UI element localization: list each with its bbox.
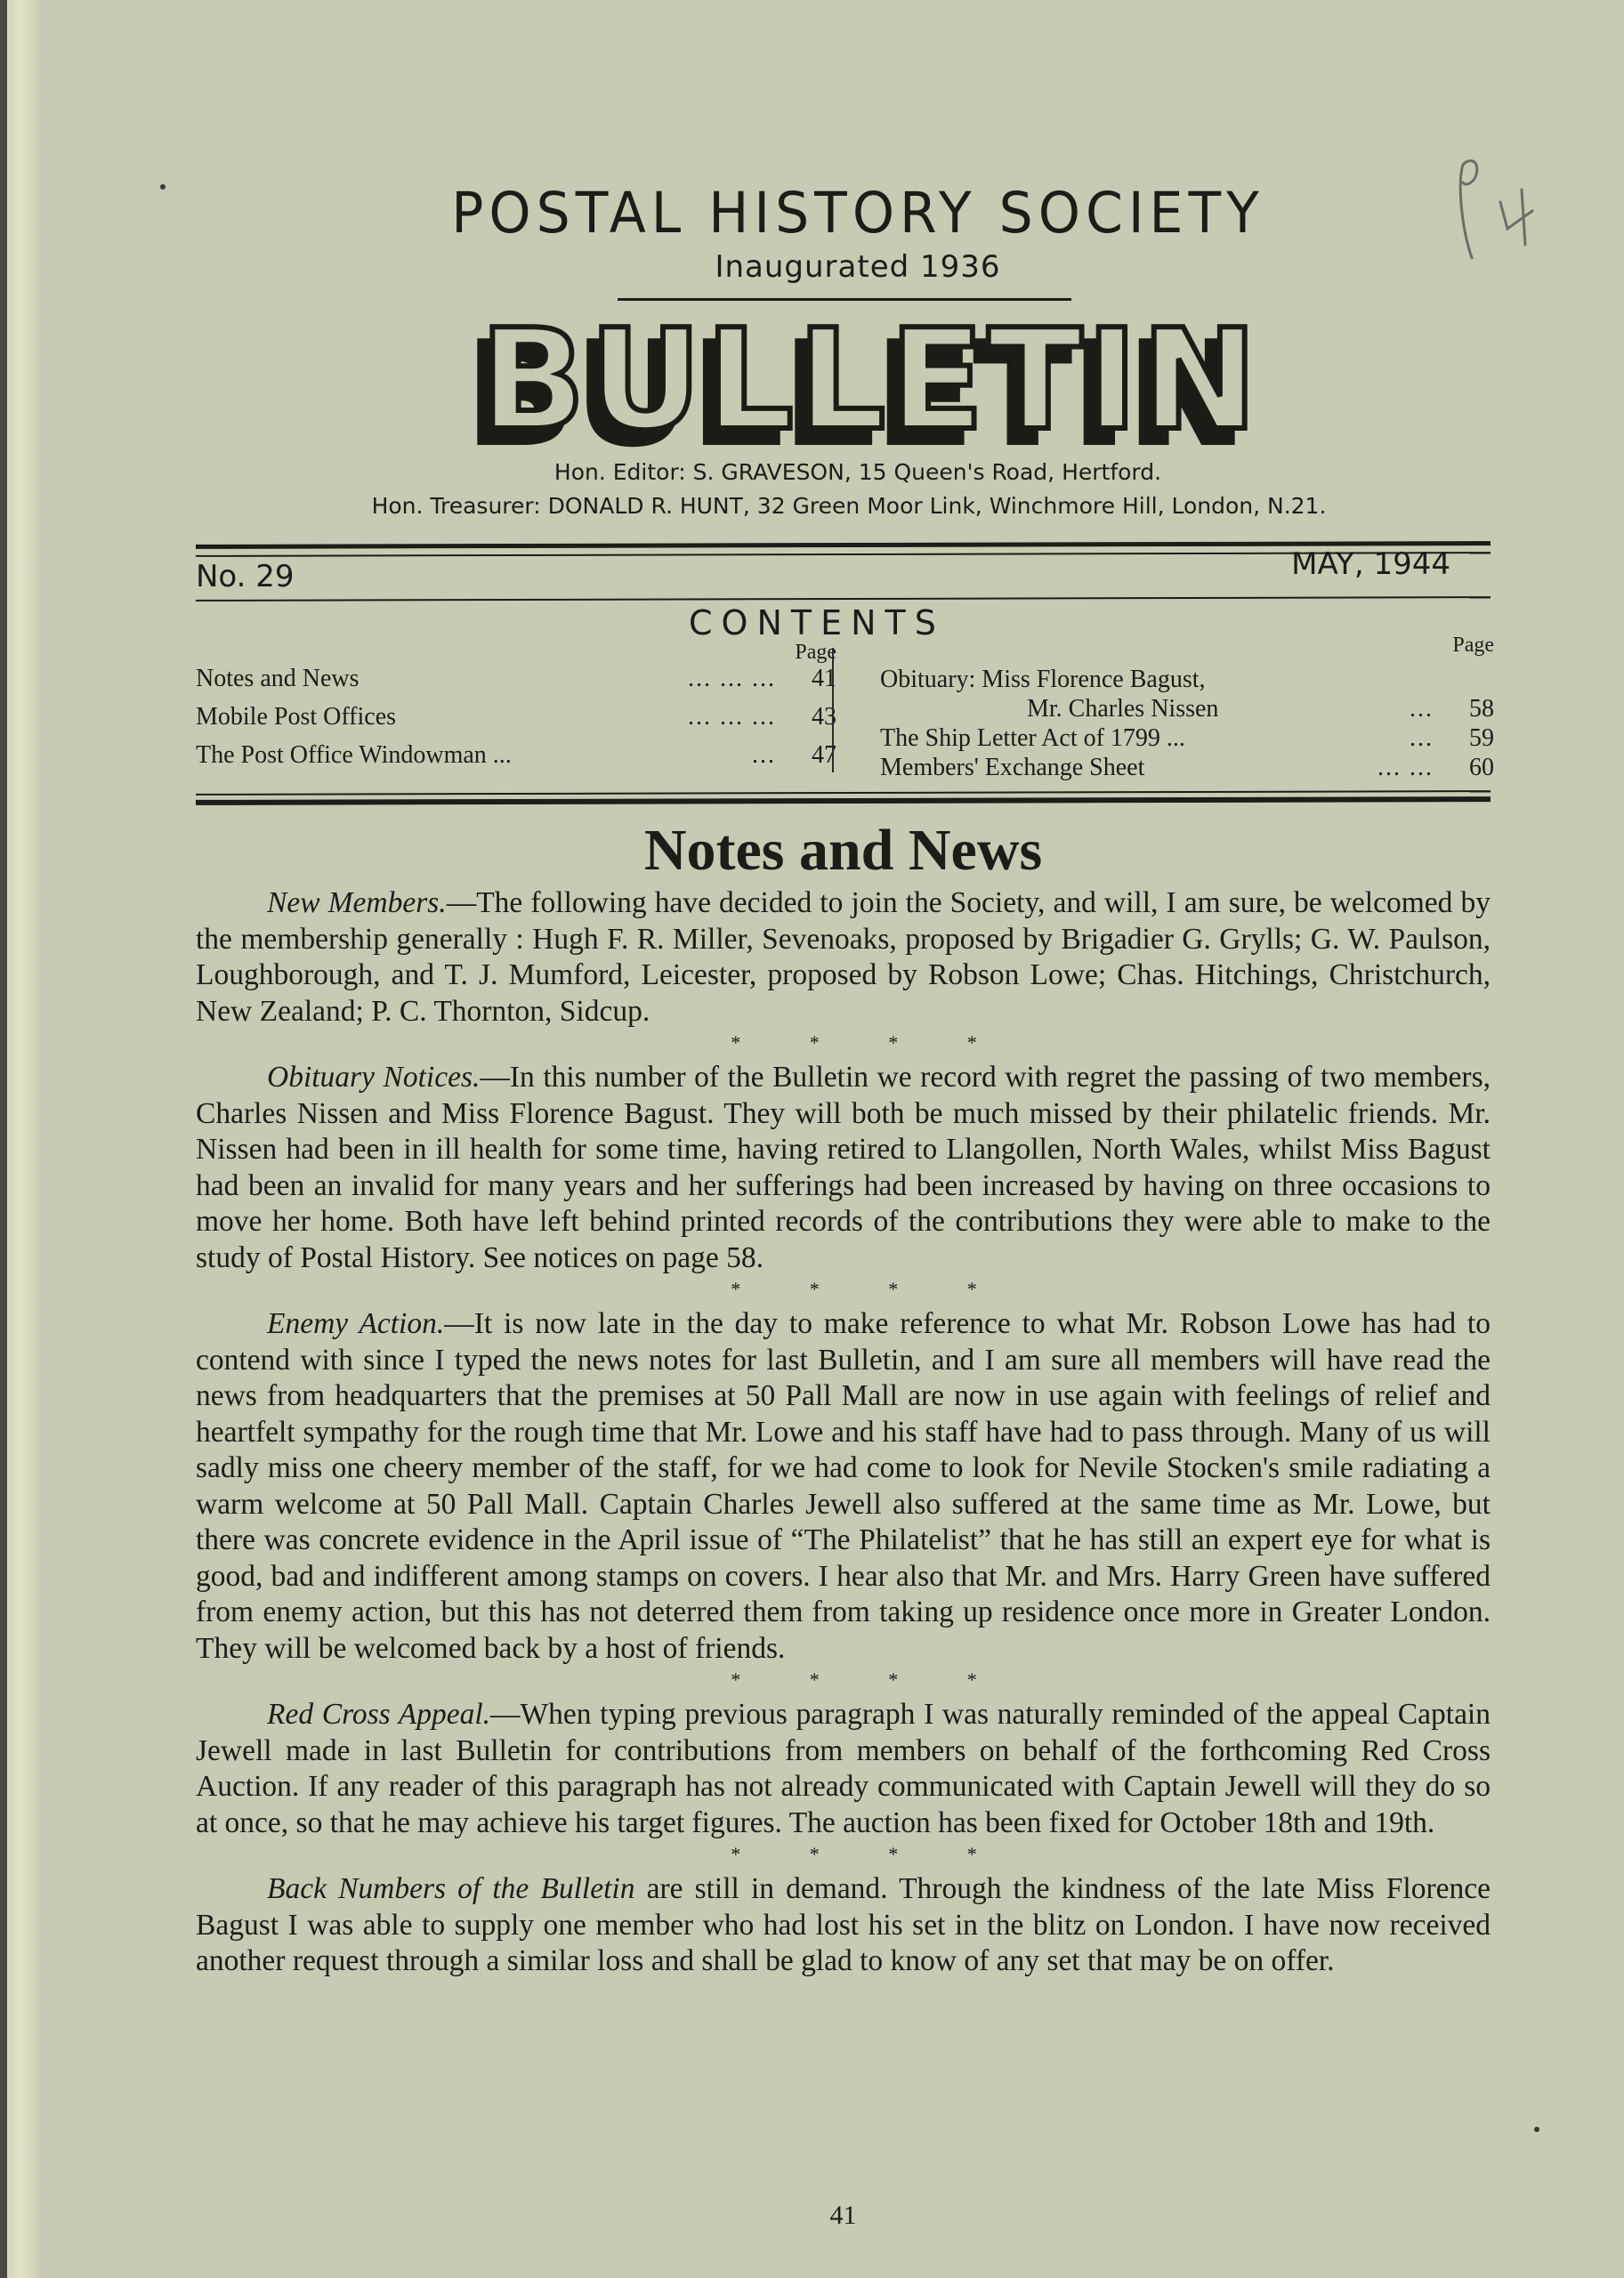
binding-margin [7, 0, 39, 2278]
toc-leader: ... ... ... [360, 665, 801, 693]
paragraph-back-numbers: Back Numbers of the Bulletin are still i… [196, 1871, 1491, 1980]
paper-speck [160, 184, 166, 190]
divider-rule [196, 596, 1491, 602]
editor-line: Hon. Editor: S. GRAVESON, 15 Queen's Roa… [368, 459, 1347, 485]
bulletin-page: POSTAL HISTORY SOCIETY Inaugurated 1936 … [39, 0, 1624, 2278]
toc-leader: ... ... ... [396, 703, 801, 731]
toc-entry[interactable]: Notes and News ... ... ... 41 [196, 665, 836, 703]
binding-edge [0, 0, 7, 2278]
article-title: Notes and News [196, 817, 1491, 885]
svg-text:BULLETIN: BULLETIN [480, 307, 1249, 458]
issue-number: No. 29 [196, 559, 295, 594]
toc-entry[interactable]: Mobile Post Offices ... ... ... 43 [196, 703, 836, 741]
society-name: POSTAL HISTORY SOCIETY [368, 181, 1347, 246]
toc-entry-title: Obituary: Miss Florence Bagust, [880, 666, 1206, 694]
toc-entry-title: The Post Office Windowman ... [196, 741, 512, 770]
page-column-label: Page [880, 634, 1494, 666]
section-separator: * * * * [249, 1841, 1491, 1868]
toc-entry-page: 47 [801, 741, 836, 770]
paragraph-lead: Obituary Notices. [267, 1061, 480, 1094]
bulletin-logo-icon: BULLETIN [466, 307, 1249, 458]
toc-entry-title: The Ship Letter Act of 1799 ... [880, 724, 1185, 753]
toc-leader: ... [1218, 695, 1458, 723]
paragraph-text: —It is now late in the day to make refer… [196, 1307, 1491, 1665]
contents-right-column: Page Obituary: Miss Florence Bagust, Mr.… [880, 634, 1494, 783]
toc-entry-page: 41 [801, 665, 836, 693]
paragraph-red-cross-appeal: Red Cross Appeal.—When typing previous p… [196, 1697, 1491, 1841]
issue-date: MAY, 1944 [1291, 546, 1450, 582]
contents-left-column: Page Notes and News ... ... ... 41 Mobil… [196, 641, 836, 780]
paragraph-lead: New Members. [267, 886, 447, 919]
section-separator: * * * * [249, 1030, 1491, 1056]
toc-entry[interactable]: Members' Exchange Sheet ... ... 60 [880, 754, 1494, 783]
toc-entry-title: Mr. Charles Nissen [880, 695, 1218, 723]
handwritten-annotation [1445, 147, 1543, 271]
toc-entry[interactable]: The Post Office Windowman ... ... 47 [196, 741, 836, 780]
toc-entry[interactable]: Obituary: Miss Florence Bagust, [880, 666, 1494, 695]
paragraph-lead: Back Numbers of the Bulletin [267, 1872, 634, 1905]
toc-leader: ... [1185, 724, 1458, 753]
toc-leader: ... [512, 741, 801, 770]
toc-entry-page: 58 [1458, 695, 1494, 723]
toc-leader: ... ... [1144, 754, 1458, 782]
paragraph-lead: Red Cross Appeal. [267, 1698, 490, 1731]
masthead-rule [618, 298, 1071, 301]
paragraph-enemy-action: Enemy Action.—It is now late in the day … [196, 1306, 1491, 1667]
toc-entry-title: Notes and News [196, 665, 360, 693]
toc-entry-page: 60 [1458, 754, 1494, 782]
toc-entry-page: 59 [1458, 724, 1494, 753]
bulletin-wordmark: BULLETIN [466, 307, 1249, 458]
toc-entry-title: Mobile Post Offices [196, 703, 396, 731]
toc-entry-title: Members' Exchange Sheet [880, 754, 1144, 782]
page-number: 41 [196, 2201, 1491, 2231]
paragraph-new-members: New Members.—The following have decided … [196, 885, 1491, 1030]
contents-column-divider [832, 648, 834, 772]
paragraph-lead: Enemy Action. [267, 1307, 444, 1340]
treasurer-line: Hon. Treasurer: DONALD R. HUNT, 32 Green… [217, 493, 1481, 519]
pencil-mark-icon [1445, 147, 1543, 271]
paragraph-obituary-notices: Obituary Notices.—In this number of the … [196, 1060, 1491, 1276]
toc-entry-page: 43 [801, 703, 836, 731]
divider-rule [196, 796, 1491, 805]
section-separator: * * * * [249, 1276, 1491, 1303]
toc-entry[interactable]: Mr. Charles Nissen ... 58 [880, 695, 1494, 724]
toc-entry[interactable]: The Ship Letter Act of 1799 ... ... 59 [880, 724, 1494, 754]
paper-speck [1534, 2127, 1539, 2132]
inaugurated-line: Inaugurated 1936 [368, 249, 1347, 285]
page-column-label: Page [196, 641, 836, 665]
section-separator: * * * * [249, 1667, 1491, 1693]
divider-rule [196, 790, 1491, 796]
article-body: New Members.—The following have decided … [196, 885, 1491, 1980]
